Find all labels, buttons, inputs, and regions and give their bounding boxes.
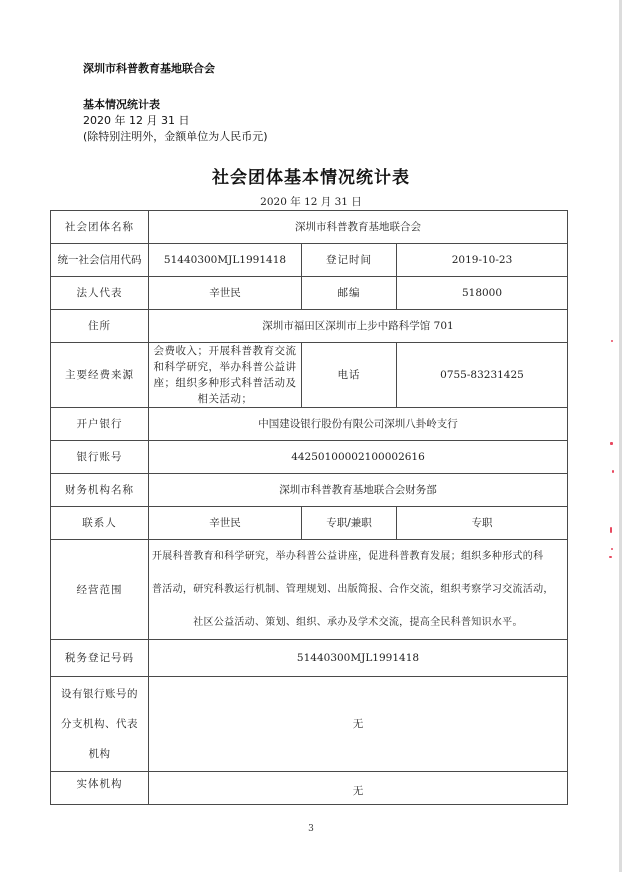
- label-contact: 联系人: [51, 507, 149, 540]
- value-entities: 无: [149, 772, 568, 805]
- basic-info-table: 社会团体名称 深圳市科普教育基地联合会 统一社会信用代码 51440300MJL…: [50, 210, 568, 805]
- page-number: 3: [0, 824, 622, 834]
- table-row: 统一社会信用代码 51440300MJL1991418 登记时间 2019-10…: [51, 244, 568, 277]
- label-scope: 经营范围: [51, 540, 149, 640]
- label-tax-no: 税务登记号码: [51, 640, 149, 677]
- label-line: 设有银行账号的: [55, 679, 144, 709]
- label-line: 机构: [55, 739, 144, 769]
- label-reg-date: 登记时间: [302, 244, 397, 277]
- label-line: 分支机构、代表: [55, 709, 144, 739]
- currency-note: (除特别注明外，金额单位为人民币元): [83, 128, 268, 144]
- label-address: 住所: [51, 310, 149, 343]
- report-date: 2020 年 12 月 31 日: [83, 112, 189, 128]
- table-row: 实体机构 无: [51, 772, 568, 805]
- value-postcode: 518000: [397, 277, 568, 310]
- scope-line: 社区公益活动、策划、组织、承办及学术交流，提高全民科普知识水平。: [152, 606, 564, 639]
- label-credit-code: 统一社会信用代码: [51, 244, 149, 277]
- value-address: 深圳市福田区深圳市上步中路科学馆 701: [149, 310, 568, 343]
- label-entities: 实体机构: [51, 772, 149, 805]
- value-org-name: 深圳市科普教育基地联合会: [149, 211, 568, 244]
- label-phone: 电话: [302, 343, 397, 408]
- value-tax-no: 51440300MJL1991418: [149, 640, 568, 677]
- value-account: 44250100002100002616: [149, 441, 568, 474]
- form-date: 2020 年 12 月 31 日: [0, 194, 622, 209]
- label-funding: 主要经费来源: [51, 343, 149, 408]
- table-row: 住所 深圳市福田区深圳市上步中路科学馆 701: [51, 310, 568, 343]
- table-row: 开户银行 中国建设银行股份有限公司深圳八卦岭支行: [51, 408, 568, 441]
- value-finance-dept: 深圳市科普教育基地联合会财务部: [149, 474, 568, 507]
- table-row: 主要经费来源 会费收入；开展科普教育交流和科学研究，举办科普公益讲座；组织多种形…: [51, 343, 568, 408]
- report-name: 基本情况统计表: [83, 96, 160, 112]
- value-funding: 会费收入；开展科普教育交流和科学研究，举办科普公益讲座；组织多种形式科普活动及相…: [149, 343, 302, 408]
- value-fulltime: 专职: [397, 507, 568, 540]
- scope-line: 普活动，研究科教运行机制、管理规划、出版简报、合作交流，组织考察学习交流活动，: [152, 573, 564, 606]
- value-legal-rep: 辛世民: [149, 277, 302, 310]
- label-bank: 开户银行: [51, 408, 149, 441]
- table-row: 法人代表 辛世民 邮编 518000: [51, 277, 568, 310]
- table-row: 税务登记号码 51440300MJL1991418: [51, 640, 568, 677]
- table-row: 联系人 辛世民 专职/兼职 专职: [51, 507, 568, 540]
- value-reg-date: 2019-10-23: [397, 244, 568, 277]
- table-row: 财务机构名称 深圳市科普教育基地联合会财务部: [51, 474, 568, 507]
- label-legal-rep: 法人代表: [51, 277, 149, 310]
- org-name-header: 深圳市科普教育基地联合会: [83, 60, 215, 76]
- scope-line: 开展科普教育和科学研究，举办科普公益讲座，促进科普教育发展；组织多种形式的科: [152, 540, 564, 573]
- label-org-name: 社会团体名称: [51, 211, 149, 244]
- label-branches: 设有银行账号的 分支机构、代表 机构: [51, 677, 149, 772]
- label-fulltime: 专职/兼职: [302, 507, 397, 540]
- value-contact: 辛世民: [149, 507, 302, 540]
- value-bank: 中国建设银行股份有限公司深圳八卦岭支行: [149, 408, 568, 441]
- label-postcode: 邮编: [302, 277, 397, 310]
- table-row: 社会团体名称 深圳市科普教育基地联合会: [51, 211, 568, 244]
- label-account: 银行账号: [51, 441, 149, 474]
- table-row: 设有银行账号的 分支机构、代表 机构 无: [51, 677, 568, 772]
- table-row: 经营范围 开展科普教育和科学研究，举办科普公益讲座，促进科普教育发展；组织多种形…: [51, 540, 568, 640]
- form-title: 社会团体基本情况统计表: [0, 163, 622, 188]
- value-branches: 无: [149, 677, 568, 772]
- table-row: 银行账号 44250100002100002616: [51, 441, 568, 474]
- value-scope: 开展科普教育和科学研究，举办科普公益讲座，促进科普教育发展；组织多种形式的科 普…: [149, 540, 568, 640]
- label-finance-dept: 财务机构名称: [51, 474, 149, 507]
- value-credit-code: 51440300MJL1991418: [149, 244, 302, 277]
- value-phone: 0755-83231425: [397, 343, 568, 408]
